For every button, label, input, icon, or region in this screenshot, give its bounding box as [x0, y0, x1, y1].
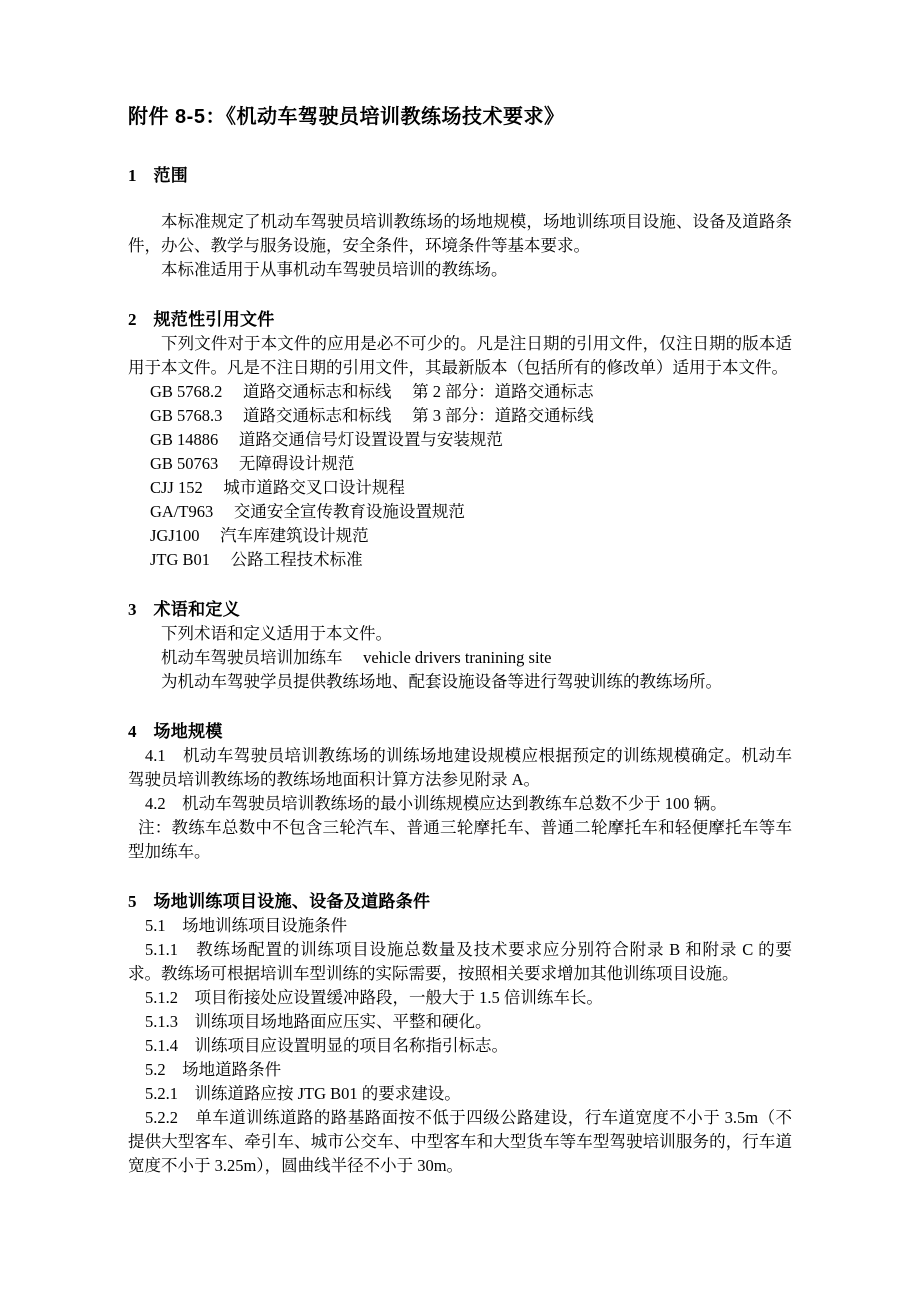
- reference-item-gat963: GA/T963 交通安全宣传教育设施设置规范: [128, 500, 792, 524]
- term-entry-line: 机动车驾驶员培训加练车 vehicle drivers tranining si…: [128, 646, 792, 670]
- clause-5-1-1: 5.1.1 教练场配置的训练项目设施总数量及技术要求应分别符合附录 B 和附录 …: [128, 938, 792, 986]
- reference-item-gb-5768-3: GB 5768.3 道路交通标志和标线 第 3 部分：道路交通标线: [128, 404, 792, 428]
- section-1-number: 1: [128, 164, 137, 188]
- section-3-heading: 3 术语和定义: [128, 598, 792, 622]
- clause-5-1-3: 5.1.3 训练项目场地路面应压实、平整和硬化。: [128, 1010, 792, 1034]
- section-4-number: 4: [128, 720, 137, 744]
- section-2-heading: 2 规范性引用文件: [128, 308, 792, 332]
- document-page: 附件 8-5：《机动车驾驶员培训教练场技术要求》 1 范围 本标准规定了机动车驾…: [0, 0, 920, 1302]
- section-3-number: 3: [128, 598, 137, 622]
- clause-5-2-1: 5.2.1 训练道路应按 JTG B01 的要求建设。: [128, 1082, 792, 1106]
- section-3-heading-text: 术语和定义: [154, 598, 241, 622]
- scope-paragraph: 本标准规定了机动车驾驶员培训教练场的场地规模，场地训练项目设施、设备及道路条件，…: [128, 210, 792, 258]
- reference-item-gb-5768-2: GB 5768.2 道路交通标志和标线 第 2 部分：道路交通标志: [128, 380, 792, 404]
- clause-5-1-2: 5.1.2 项目衔接处应设置缓冲路段，一般大于 1.5 倍训练车长。: [128, 986, 792, 1010]
- clause-5-1: 5.1 场地训练项目设施条件: [128, 914, 792, 938]
- section-5-number: 5: [128, 890, 137, 914]
- terms-intro-paragraph: 下列术语和定义适用于本文件。: [128, 622, 792, 646]
- section-1-heading: 1 范围: [128, 164, 792, 188]
- section-4-heading-text: 场地规模: [154, 720, 223, 744]
- clause-4-1: 4.1 机动车驾驶员培训教练场的训练场地建设规模应根据预定的训练规模确定。机动车…: [128, 744, 792, 792]
- section-4-site-scale: 4 场地规模 4.1 机动车驾驶员培训教练场的训练场地建设规模应根据预定的训练规…: [128, 720, 792, 864]
- section-1-scope: 1 范围 本标准规定了机动车驾驶员培训教练场的场地规模，场地训练项目设施、设备及…: [128, 164, 792, 282]
- references-intro-paragraph: 下列文件对于本文件的应用是必不可少的。凡是注日期的引用文件，仅注日期的版本适用于…: [128, 332, 792, 380]
- section-5-training-facilities: 5 场地训练项目设施、设备及道路条件 5.1 场地训练项目设施条件 5.1.1 …: [128, 890, 792, 1178]
- section-4-heading: 4 场地规模: [128, 720, 792, 744]
- clause-5-2: 5.2 场地道路条件: [128, 1058, 792, 1082]
- clause-4-note: 注：教练车总数中不包含三轮汽车、普通三轮摩托车、普通二轮摩托车和轻便摩托车等车型…: [128, 816, 792, 864]
- clause-4-2: 4.2 机动车驾驶员培训教练场的最小训练规模应达到教练车总数不少于 100 辆。: [128, 792, 792, 816]
- reference-item-gb-50763: GB 50763 无障碍设计规范: [128, 452, 792, 476]
- term-definition-paragraph: 为机动车驾驶学员提供教练场地、配套设施设备等进行驾驶训练的教练场所。: [128, 670, 792, 694]
- clause-5-1-4: 5.1.4 训练项目应设置明显的项目名称指引标志。: [128, 1034, 792, 1058]
- section-2-number: 2: [128, 308, 137, 332]
- scope-applicability-paragraph: 本标准适用于从事机动车驾驶员培训的教练场。: [128, 258, 792, 282]
- reference-item-gb-14886: GB 14886 道路交通信号灯设置设置与安装规范: [128, 428, 792, 452]
- reference-item-jtg-b01: JTG B01 公路工程技术标准: [128, 548, 792, 572]
- section-5-heading: 5 场地训练项目设施、设备及道路条件: [128, 890, 792, 914]
- reference-item-cjj-152: CJJ 152 城市道路交叉口设计规程: [128, 476, 792, 500]
- section-1-heading-text: 范围: [154, 164, 189, 188]
- reference-item-jgj100: JGJ100 汽车库建筑设计规范: [128, 524, 792, 548]
- document-title: 附件 8-5：《机动车驾驶员培训教练场技术要求》: [128, 104, 792, 130]
- section-2-normative-references: 2 规范性引用文件 下列文件对于本文件的应用是必不可少的。凡是注日期的引用文件，…: [128, 308, 792, 572]
- section-2-heading-text: 规范性引用文件: [154, 308, 275, 332]
- section-5-heading-text: 场地训练项目设施、设备及道路条件: [154, 890, 431, 914]
- section-3-terms-definitions: 3 术语和定义 下列术语和定义适用于本文件。 机动车驾驶员培训加练车 vehic…: [128, 598, 792, 694]
- clause-5-2-2: 5.2.2 单车道训练道路的路基路面按不低于四级公路建设，行车道宽度不小于 3.…: [128, 1106, 792, 1178]
